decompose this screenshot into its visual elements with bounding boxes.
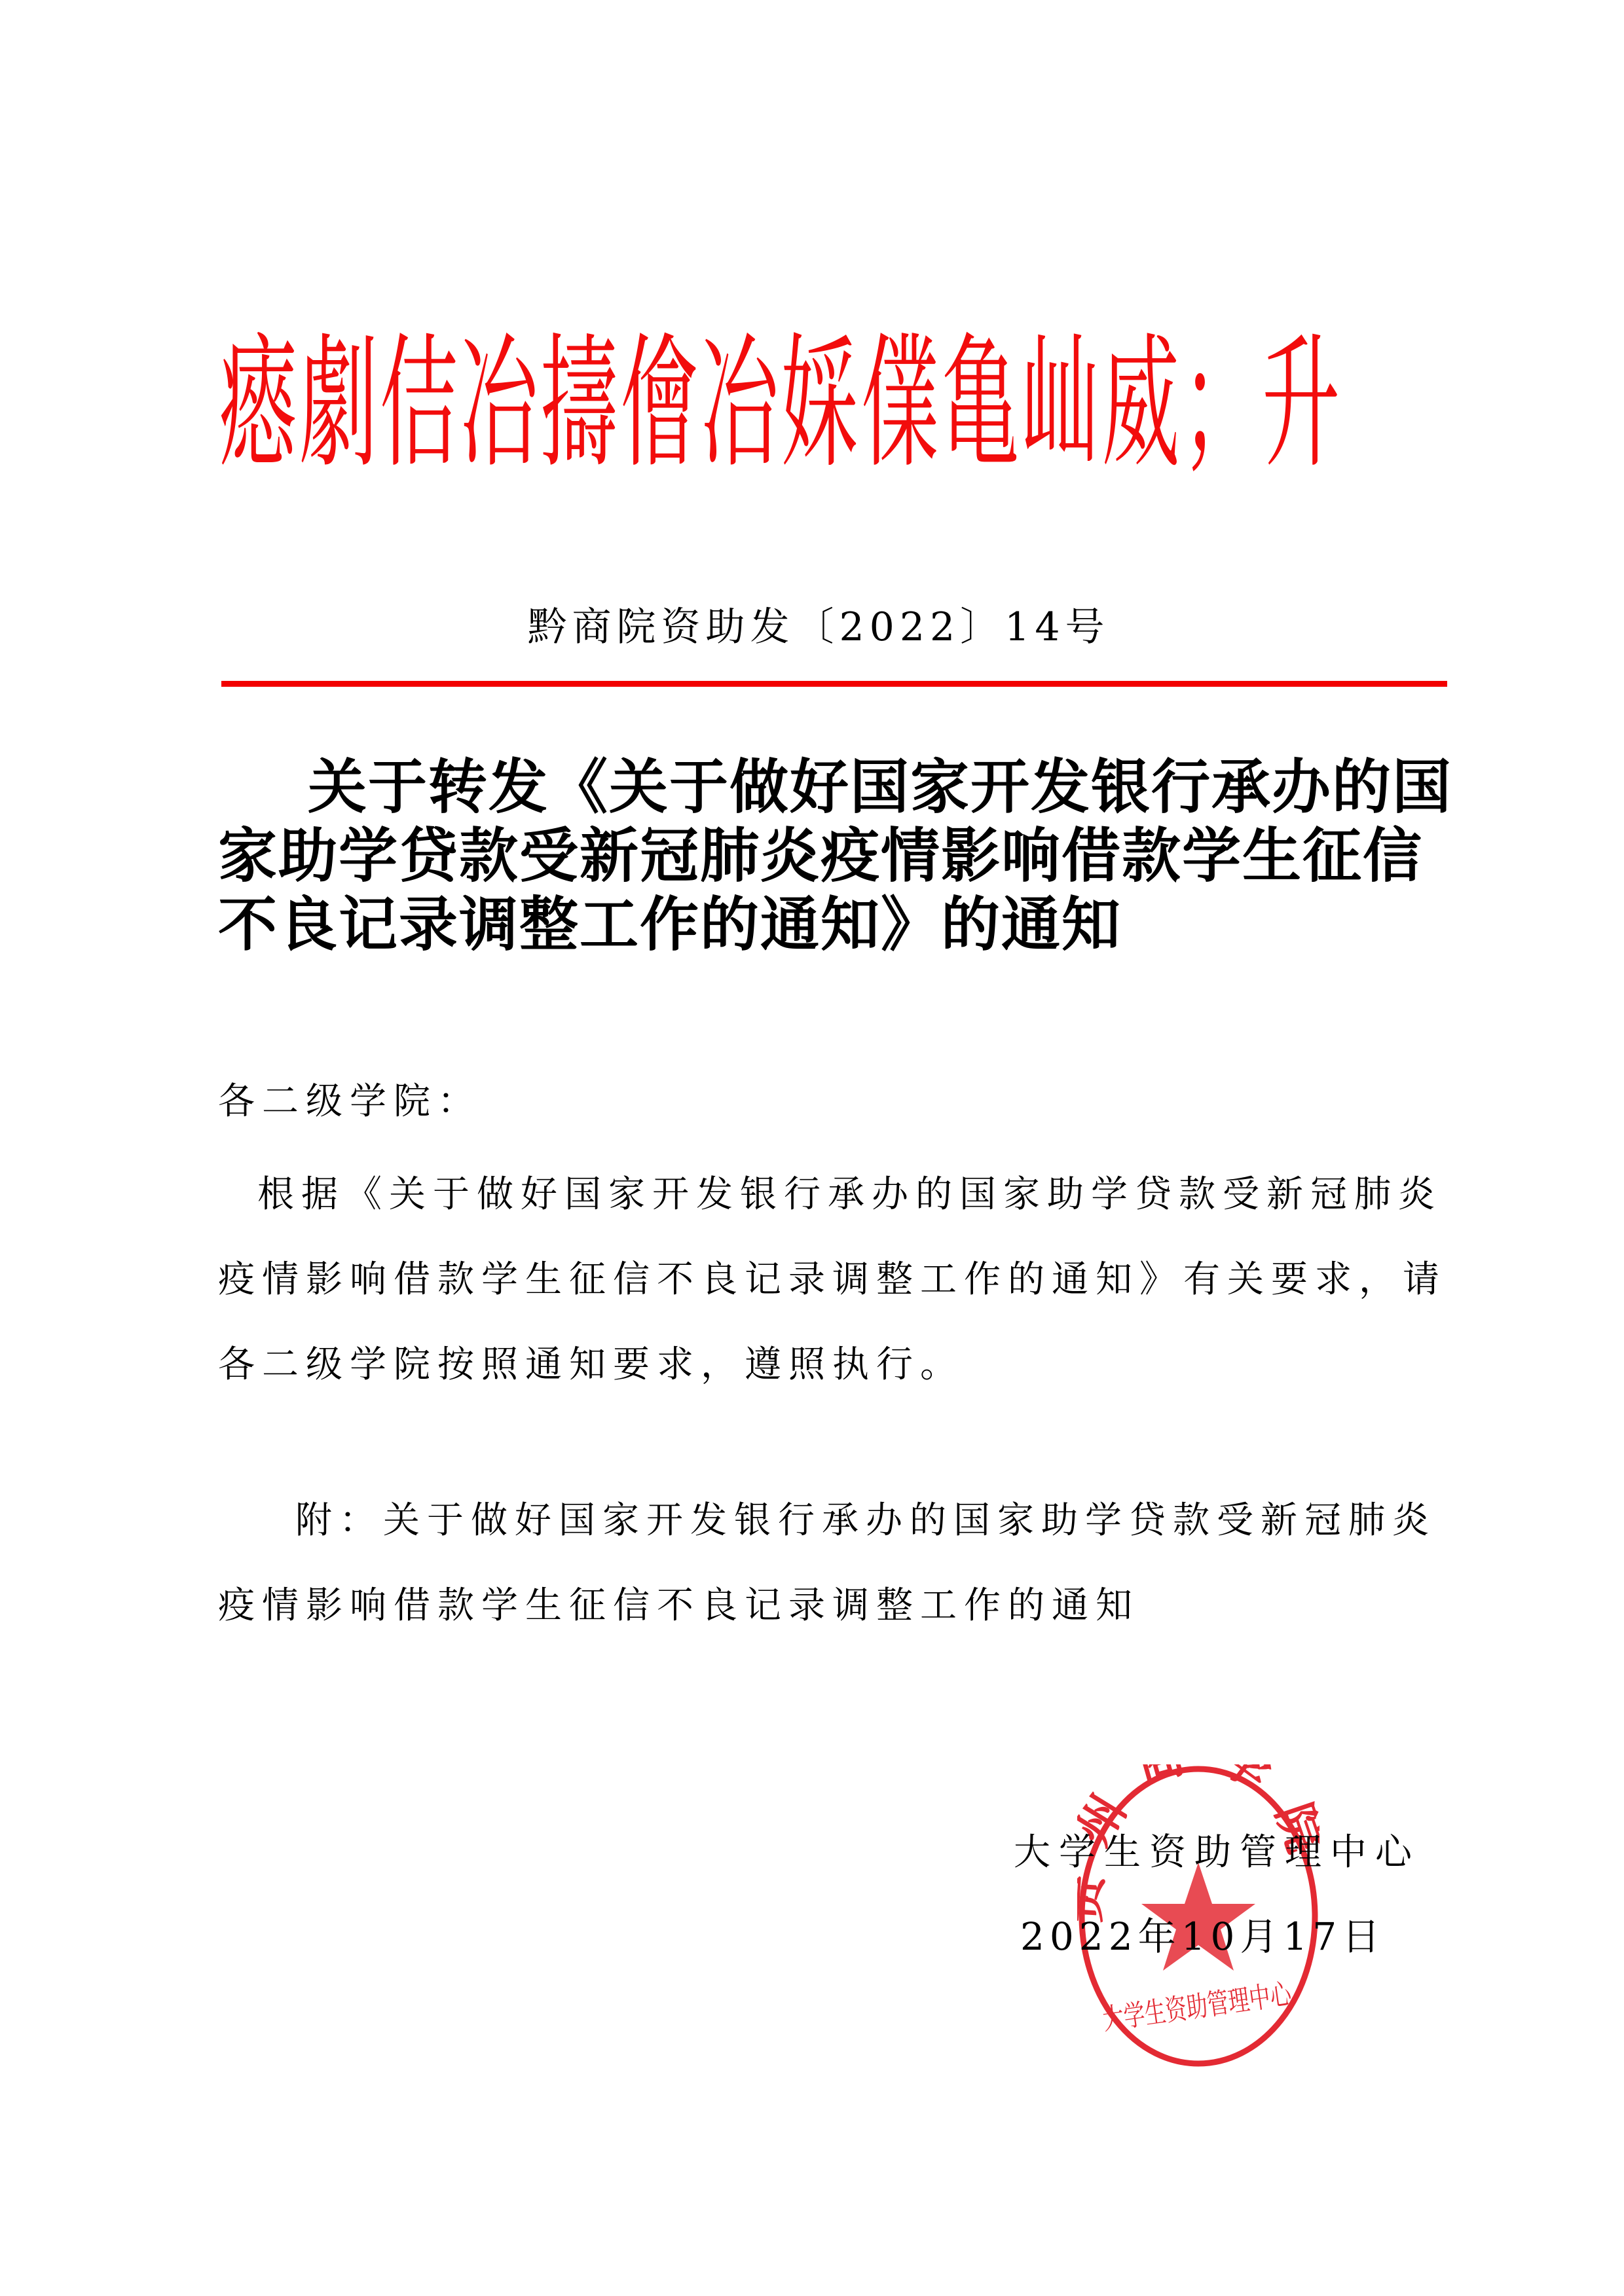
seal-bottom-text: 大学生资助管理中心	[1101, 1977, 1295, 2037]
title-line-3: 不良记录调整工作的通知》的通知	[218, 890, 1449, 959]
paragraph-line-1: 根据《关于做好国家开发银行承办的国家助学贷款受新冠肺炎	[218, 1152, 1430, 1237]
masthead-title: 瘱劇佶冶擣儈冶婇㒒亀屾威；升	[219, 313, 1342, 495]
red-divider-line	[221, 681, 1447, 687]
paragraph-line-2: 疫情影响借款学生征信不良记录调整工作的通知》有关要求，请	[218, 1237, 1430, 1322]
salutation: 各二级学院：	[218, 1059, 1430, 1144]
attachment-line-2: 疫情影响借款学生征信不良记录调整工作的通知	[218, 1563, 1430, 1649]
attachment-line-1: 附：关于做好国家开发银行承办的国家助学贷款受新冠肺炎	[218, 1478, 1430, 1563]
signature-org: 大学生资助管理中心	[1014, 1827, 1420, 1879]
masthead: 瘱劇佶冶擣儈冶婇㒒亀屾威；升	[219, 313, 1450, 470]
paragraph-line-3: 各二级学院按照通知要求，遵照执行。	[218, 1322, 1430, 1408]
document-number: 黔商院资助发〔2022〕14号	[0, 601, 1624, 653]
signature-date: 2022年10月17日	[1020, 1910, 1385, 1963]
attachment-note: 附：关于做好国家开发银行承办的国家助学贷款受新冠肺炎 疫情影响借款学生征信不良记…	[218, 1478, 1430, 1649]
document-title: 关于转发《关于做好国家开发银行承办的国 家助学贷款受新冠肺炎疫情影响借款学生征信…	[218, 753, 1449, 959]
title-line-2: 家助学贷款受新冠肺炎疫情影响借款学生征信	[218, 822, 1449, 890]
body-paragraph: 根据《关于做好国家开发银行承办的国家助学贷款受新冠肺炎 疫情影响借款学生征信不良…	[218, 1152, 1430, 1408]
title-line-1: 关于转发《关于做好国家开发银行承办的国	[218, 753, 1449, 822]
